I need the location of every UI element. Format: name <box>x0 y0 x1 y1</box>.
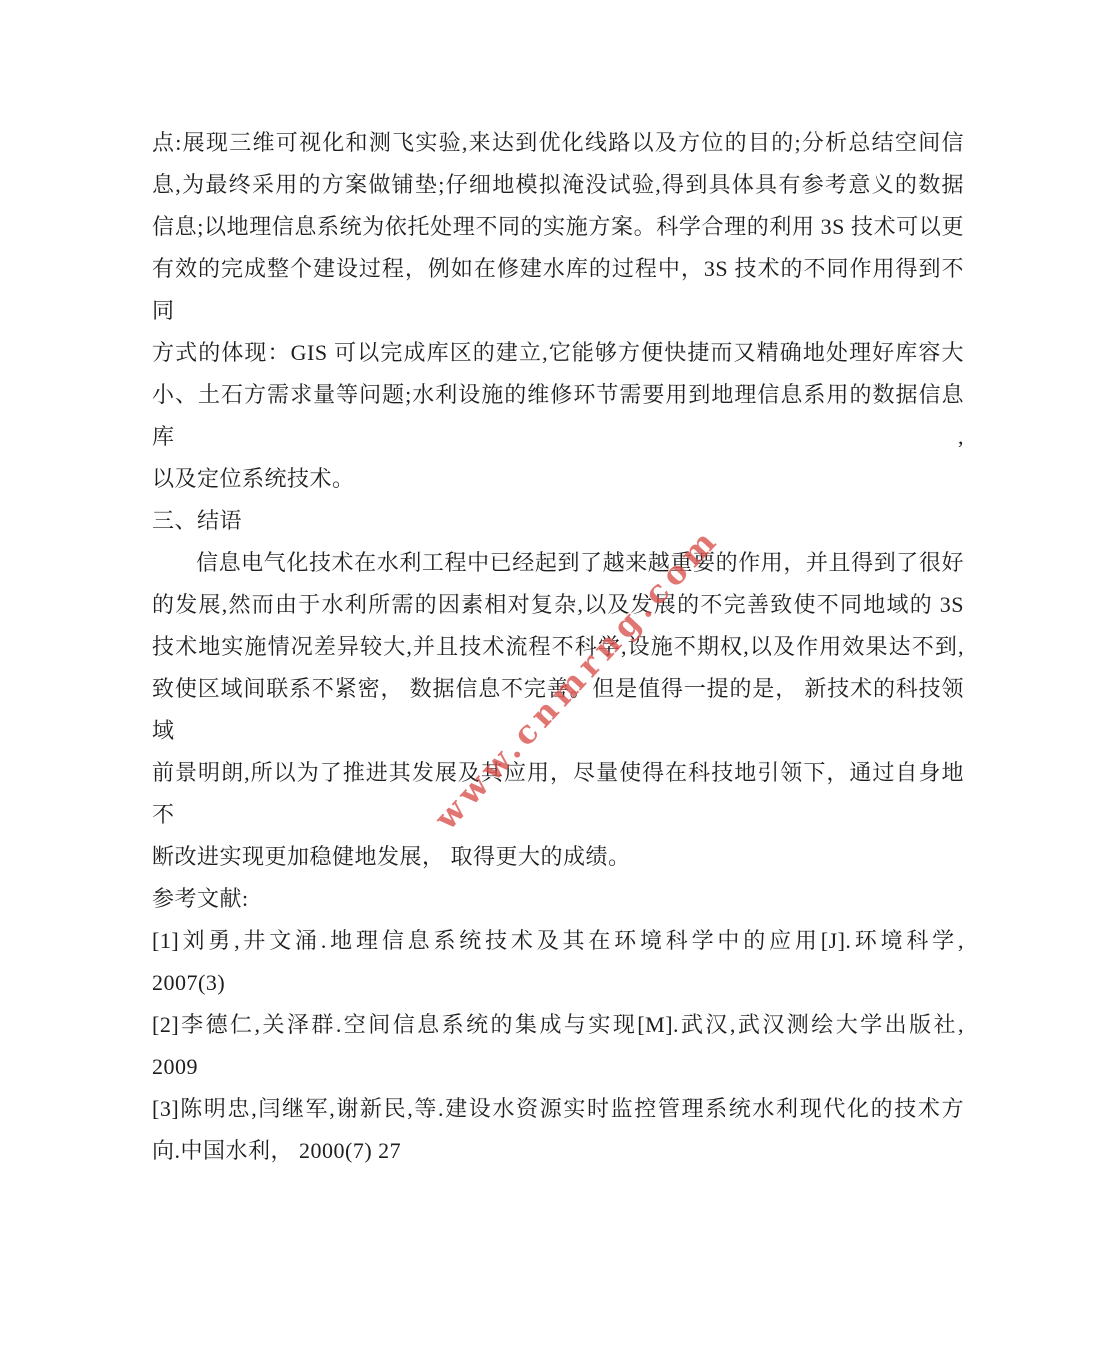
paragraph-last-line: 以及定位系统技术。 <box>152 458 964 500</box>
paragraph-line: 前景明朗,所以为了推进其发展及其应用，尽量使得在科技地引领下，通过自身地不 <box>152 752 964 836</box>
references-heading: 参考文献: <box>152 878 964 920</box>
paragraph-line: 息,为最终采用的方案做铺垫;仔细地模拟淹没试验,得到具体具有参考意义的数据 <box>152 164 964 206</box>
reference-item: [2]李德仁,关泽群.空间信息系统的集成与实现[M].武汉,武汉测绘大学出版社, <box>152 1004 964 1046</box>
reference-item-cont: 向.中国水利， 2000(7) 27 <box>152 1130 964 1172</box>
paragraph-line: 的发展,然而由于水利所需的因素相对复杂,以及发展的不完善致使不同地域的 3S <box>152 584 964 626</box>
paragraph-last-line: 断改进实现更加稳健地发展， 取得更大的成绩。 <box>152 836 964 878</box>
paragraph-line: 小、土石方需求量等问题;水利设施的维修环节需要用到地理信息系用的数据信息库, <box>152 374 964 458</box>
paragraph-line: 技术地实施情况差异较大,并且技术流程不科学,设施不期权,以及作用效果达不到, <box>152 626 964 668</box>
paragraph-line: 点:展现三维可视化和测飞实验,来达到优化线路以及方位的目的;分析总结空间信 <box>152 122 964 164</box>
paragraph-line: 信息;以地理信息系统为依托处理不同的实施方案。科学合理的利用 3S 技术可以更 <box>152 206 964 248</box>
document-text-block: 点:展现三维可视化和测飞实验,来达到优化线路以及方位的目的;分析总结空间信 息,… <box>152 122 964 1172</box>
section-heading: 三、结语 <box>152 500 964 542</box>
reference-item-cont: 2009 <box>152 1046 964 1088</box>
paragraph-line: 方式的体现：GIS 可以完成库区的建立,它能够方便快捷而又精确地处理好库容大 <box>152 332 964 374</box>
reference-item-cont: 2007(3) <box>152 962 964 1004</box>
reference-item: [1]刘勇,井文涌.地理信息系统技术及其在环境科学中的应用[J].环境科学, <box>152 920 964 962</box>
document-page: 点:展现三维可视化和测飞实验,来达到优化线路以及方位的目的;分析总结空间信 息,… <box>0 0 1102 1368</box>
paragraph-line: 信息电气化技术在水利工程中已经起到了越来越重要的作用，并且得到了很好 <box>152 542 964 584</box>
reference-item: [3]陈明忠,闫继军,谢新民,等.建设水资源实时监控管理系统水利现代化的技术方 <box>152 1088 964 1130</box>
paragraph-line: 致使区域间联系不紧密， 数据信息不完善。但是值得一提的是， 新技术的科技领域 <box>152 668 964 752</box>
paragraph-line: 有效的完成整个建设过程，例如在修建水库的过程中，3S 技术的不同作用得到不同 <box>152 248 964 332</box>
